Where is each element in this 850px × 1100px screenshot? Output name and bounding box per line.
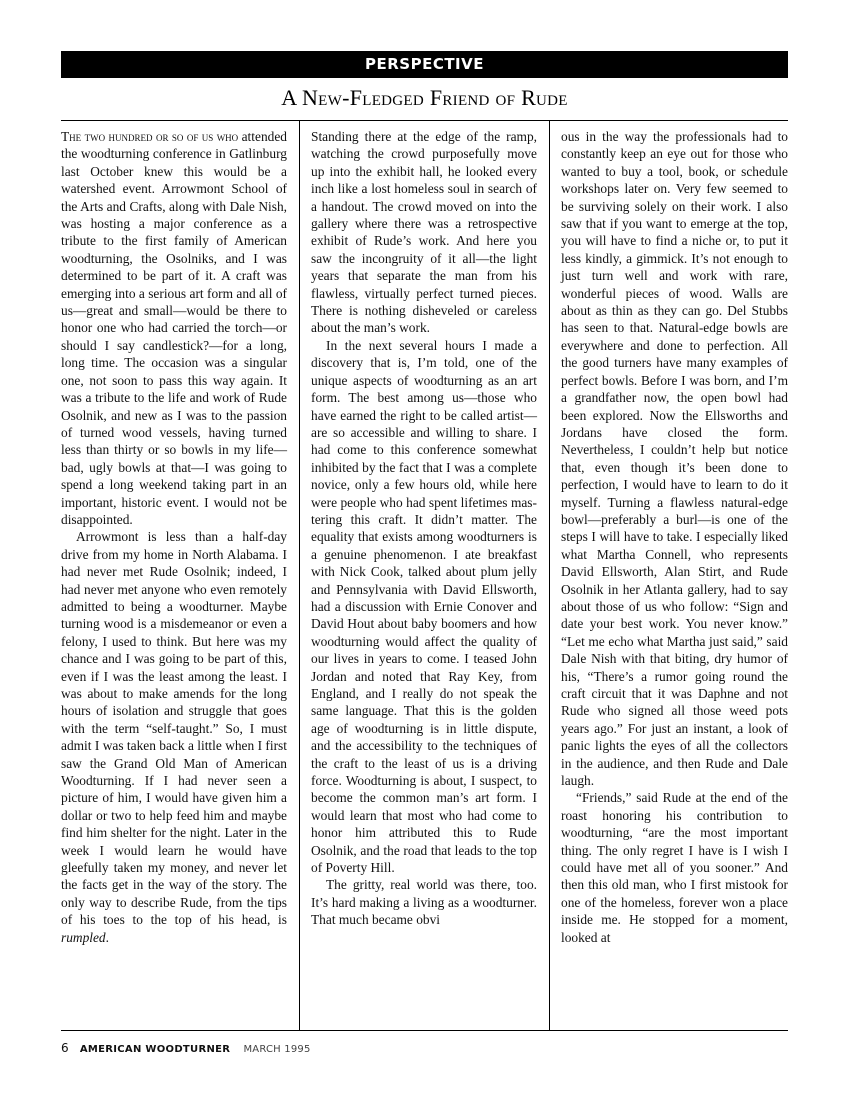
article-column-2: Standing there at the edge of the ramp, …: [311, 128, 537, 929]
section-label: PERSPECTIVE: [365, 55, 484, 73]
section-banner: PERSPECTIVE: [61, 51, 788, 78]
paragraph: The two hundred or so of us who attended…: [61, 128, 287, 528]
paragraph: Standing there at the edge of the ramp, …: [311, 128, 537, 337]
article-title: A New-Fledged Friend of Rude: [61, 82, 788, 114]
paragraph: The gritty, real world was there, too. I…: [311, 876, 537, 928]
paragraph: “Friends,” said Rude at the end of the r…: [561, 789, 788, 946]
article-column-1: The two hundred or so of us who attended…: [61, 128, 287, 946]
paragraph: Arrowmont is less than a half-day drive …: [61, 528, 287, 946]
column-divider: [549, 120, 550, 1030]
column-divider: [299, 120, 300, 1030]
paragraph-text: Arrowmont is less than a half-day drive …: [61, 529, 287, 927]
article-column-3: ous in the way the professionals had to …: [561, 128, 788, 946]
page-number: 6: [61, 1041, 69, 1055]
lead-in-small-caps: The two hundred or so of us who: [61, 129, 238, 144]
emphasis-text: rumpled: [61, 930, 106, 945]
paragraph-tail: .: [106, 930, 109, 945]
paragraph-text: attended the woodturning conference in G…: [61, 129, 287, 527]
paragraph: ous in the way the professionals had to …: [561, 128, 788, 789]
issue-date: MARCH 1995: [243, 1044, 310, 1055]
paragraph: In the next several hours I made a disco…: [311, 337, 537, 877]
page-footer: 6 AMERICAN WOODTURNER MARCH 1995: [61, 1041, 311, 1055]
top-rule: [61, 120, 788, 121]
bottom-rule: [61, 1030, 788, 1031]
publication-name: AMERICAN WOODTURNER: [80, 1044, 230, 1055]
